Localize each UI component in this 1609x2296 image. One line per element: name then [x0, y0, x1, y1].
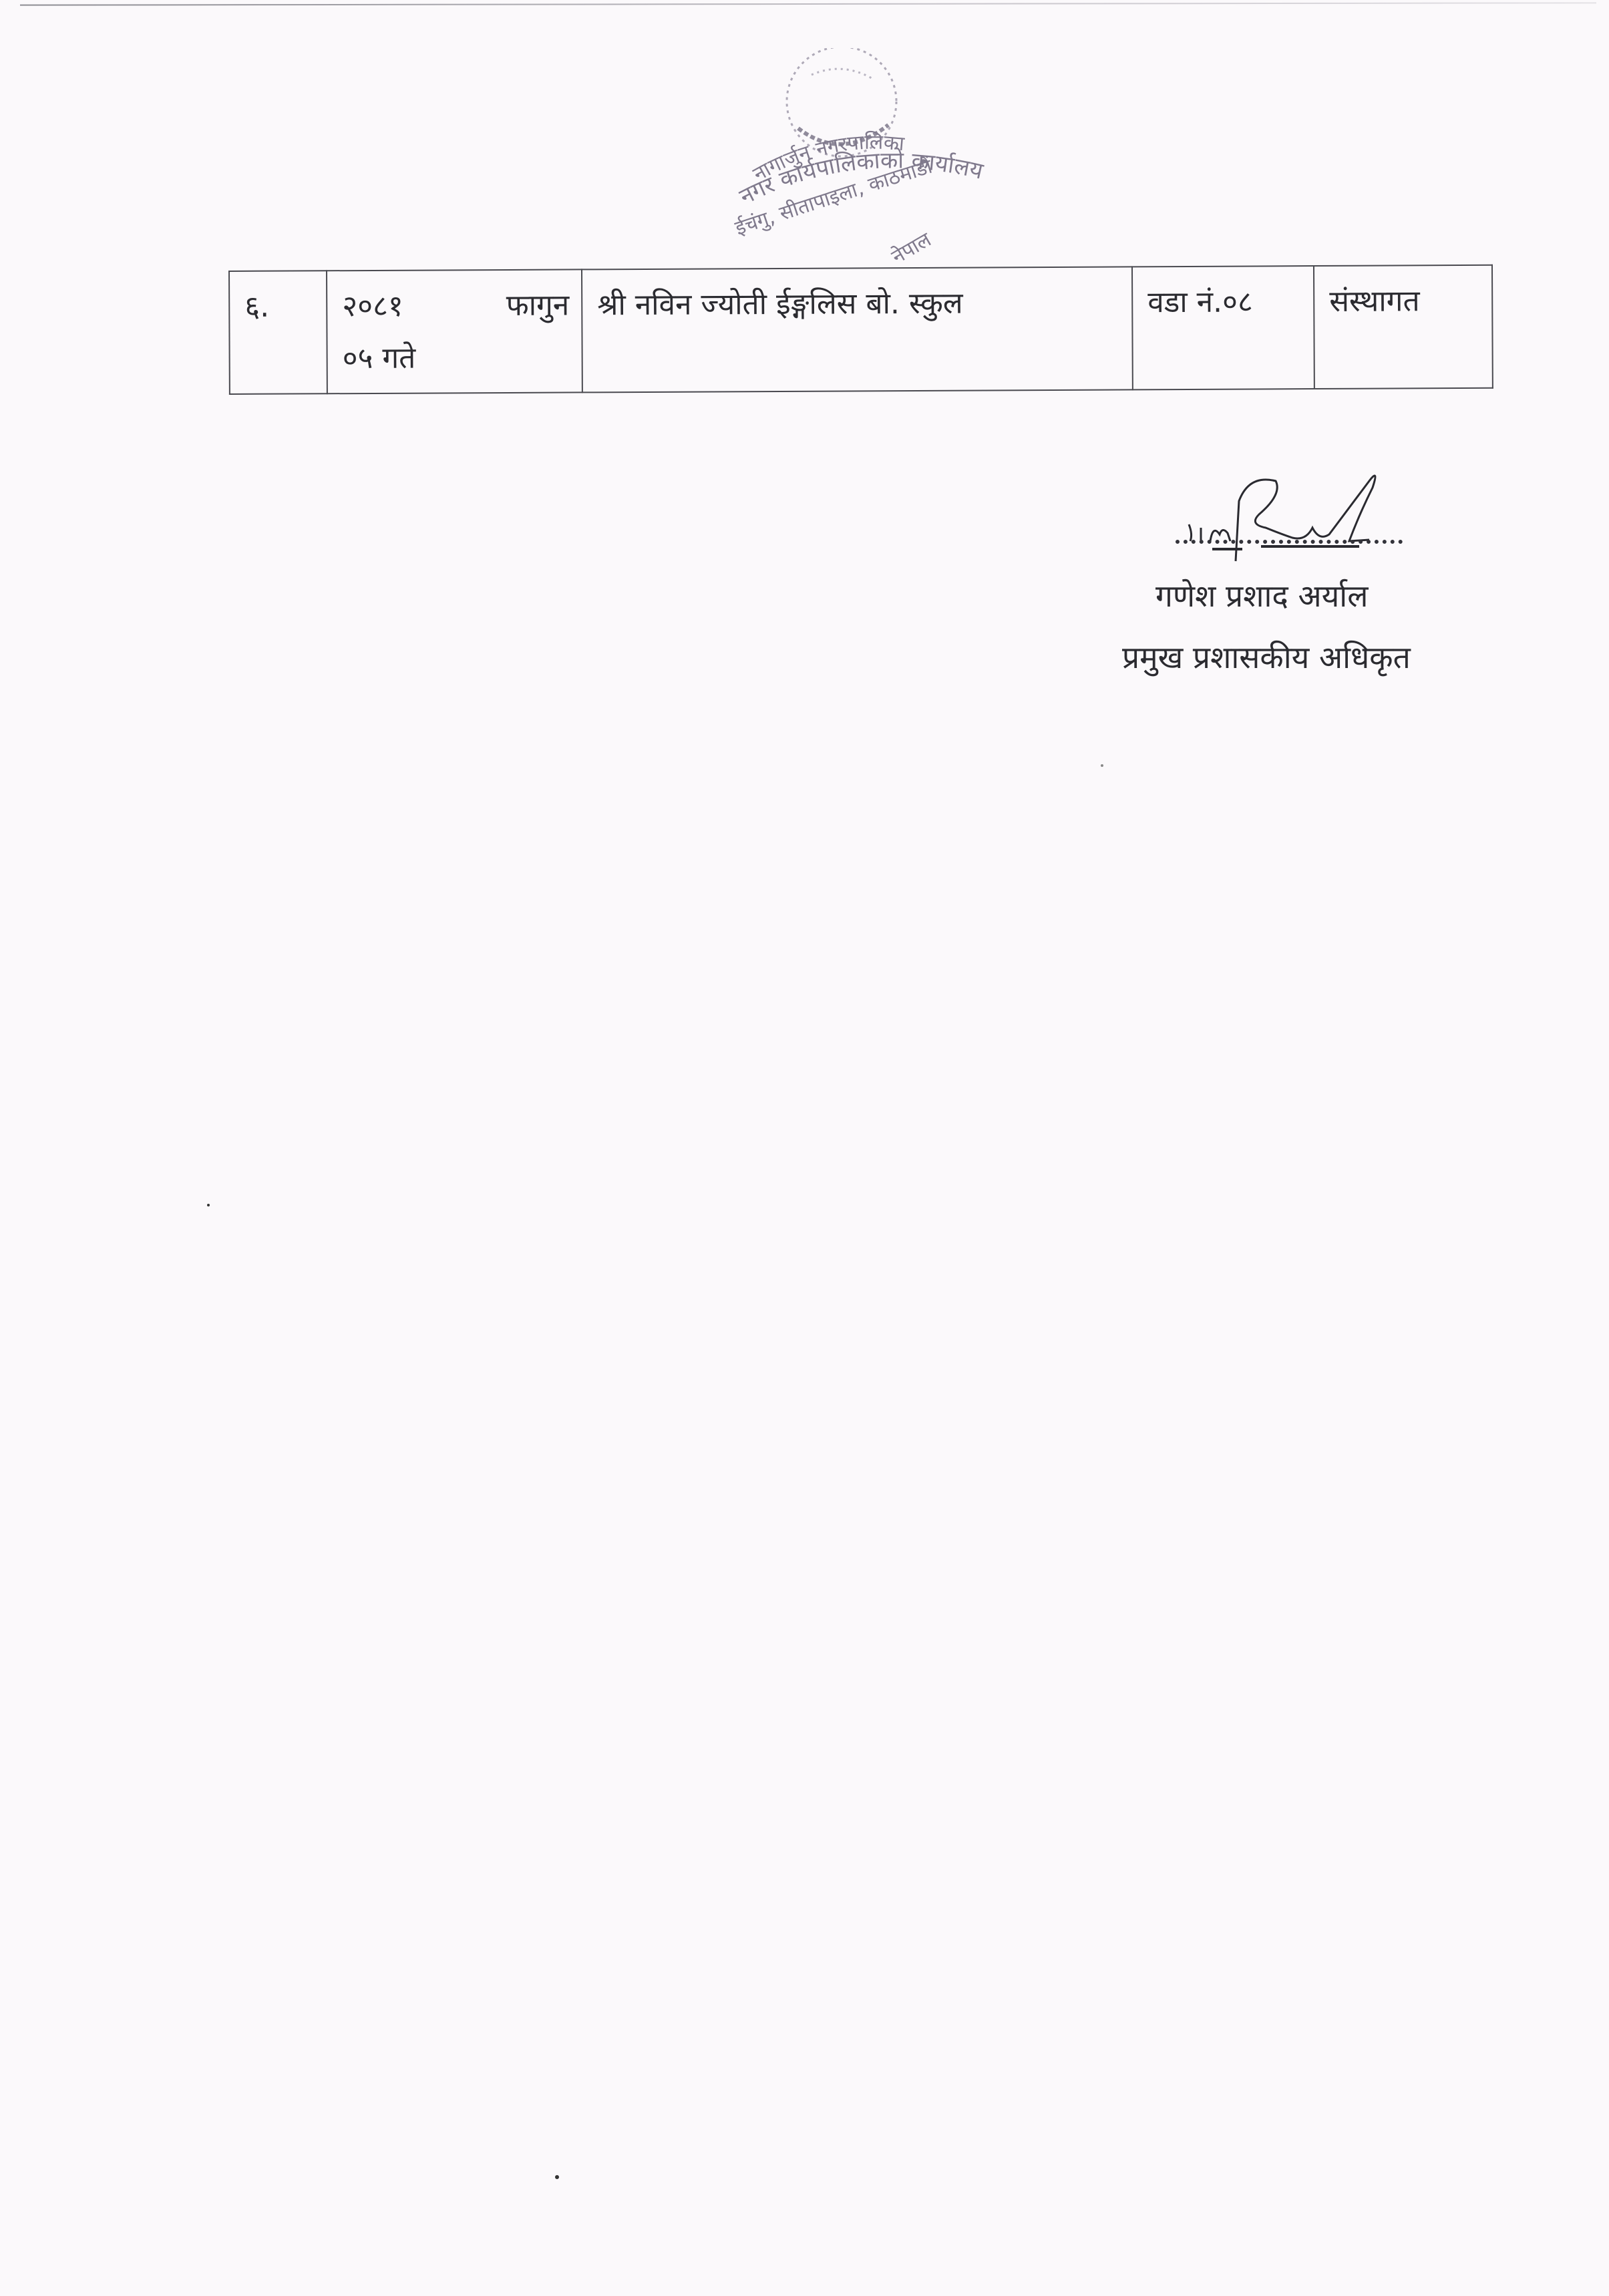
scan-speck [555, 2175, 559, 2179]
signature-line [1176, 540, 1403, 544]
scan-speck [207, 1204, 210, 1206]
signatory-name: गणेश प्रशाद अर्याल [1155, 575, 1368, 616]
institution-name-cell: श्री नविन ज्योती ईङ्गलिस बो. स्कुल [582, 267, 1133, 392]
handwritten-signature-icon [1149, 461, 1416, 568]
serial-number: ६. [244, 290, 269, 324]
date-year: २०८१ [342, 281, 403, 333]
official-seal: नागार्जुन नगरपालिका नगर कार्यपालिकाको का… [731, 48, 999, 275]
ward-number: वडा नं.०८ [1147, 285, 1253, 320]
record-table: ६. २०८१ फागुन ०५ गते श्री नविन ज्योती ईङ… [228, 265, 1493, 395]
signatory-designation: प्रमुख प्रशासकीय अधिकृत [1122, 636, 1411, 677]
signature-block: गणेश प्रशाद अर्याल प्रमुख प्रशासकीय अधिक… [1122, 461, 1469, 681]
svg-text:नेपाल: नेपाल [888, 228, 936, 269]
ward-cell: वडा नं.०८ [1132, 266, 1314, 389]
scan-edge-line [20, 2, 1596, 5]
scanned-document-page: { "seal": { "lines": [ "नागार्जुन नगरपाल… [0, 0, 1609, 2296]
date-month: फागुन [506, 280, 570, 332]
type-cell: संस्थागत [1314, 265, 1493, 389]
scan-speck [1101, 764, 1103, 767]
seal-emblem-icon: नागार्जुन नगरपालिका नगर कार्यपालिकाको का… [731, 48, 999, 275]
table-row: ६. २०८१ फागुन ०५ गते श्री नविन ज्योती ईङ… [229, 265, 1493, 394]
date-day: ०५ गते [342, 332, 569, 385]
institution-type: संस्थागत [1329, 284, 1420, 319]
date-cell: २०८१ फागुन ०५ गते [327, 269, 582, 393]
institution-name: श्री नविन ज्योती ईङ्गलिस बो. स्कुल [597, 287, 963, 323]
serial-cell: ६. [229, 271, 327, 394]
